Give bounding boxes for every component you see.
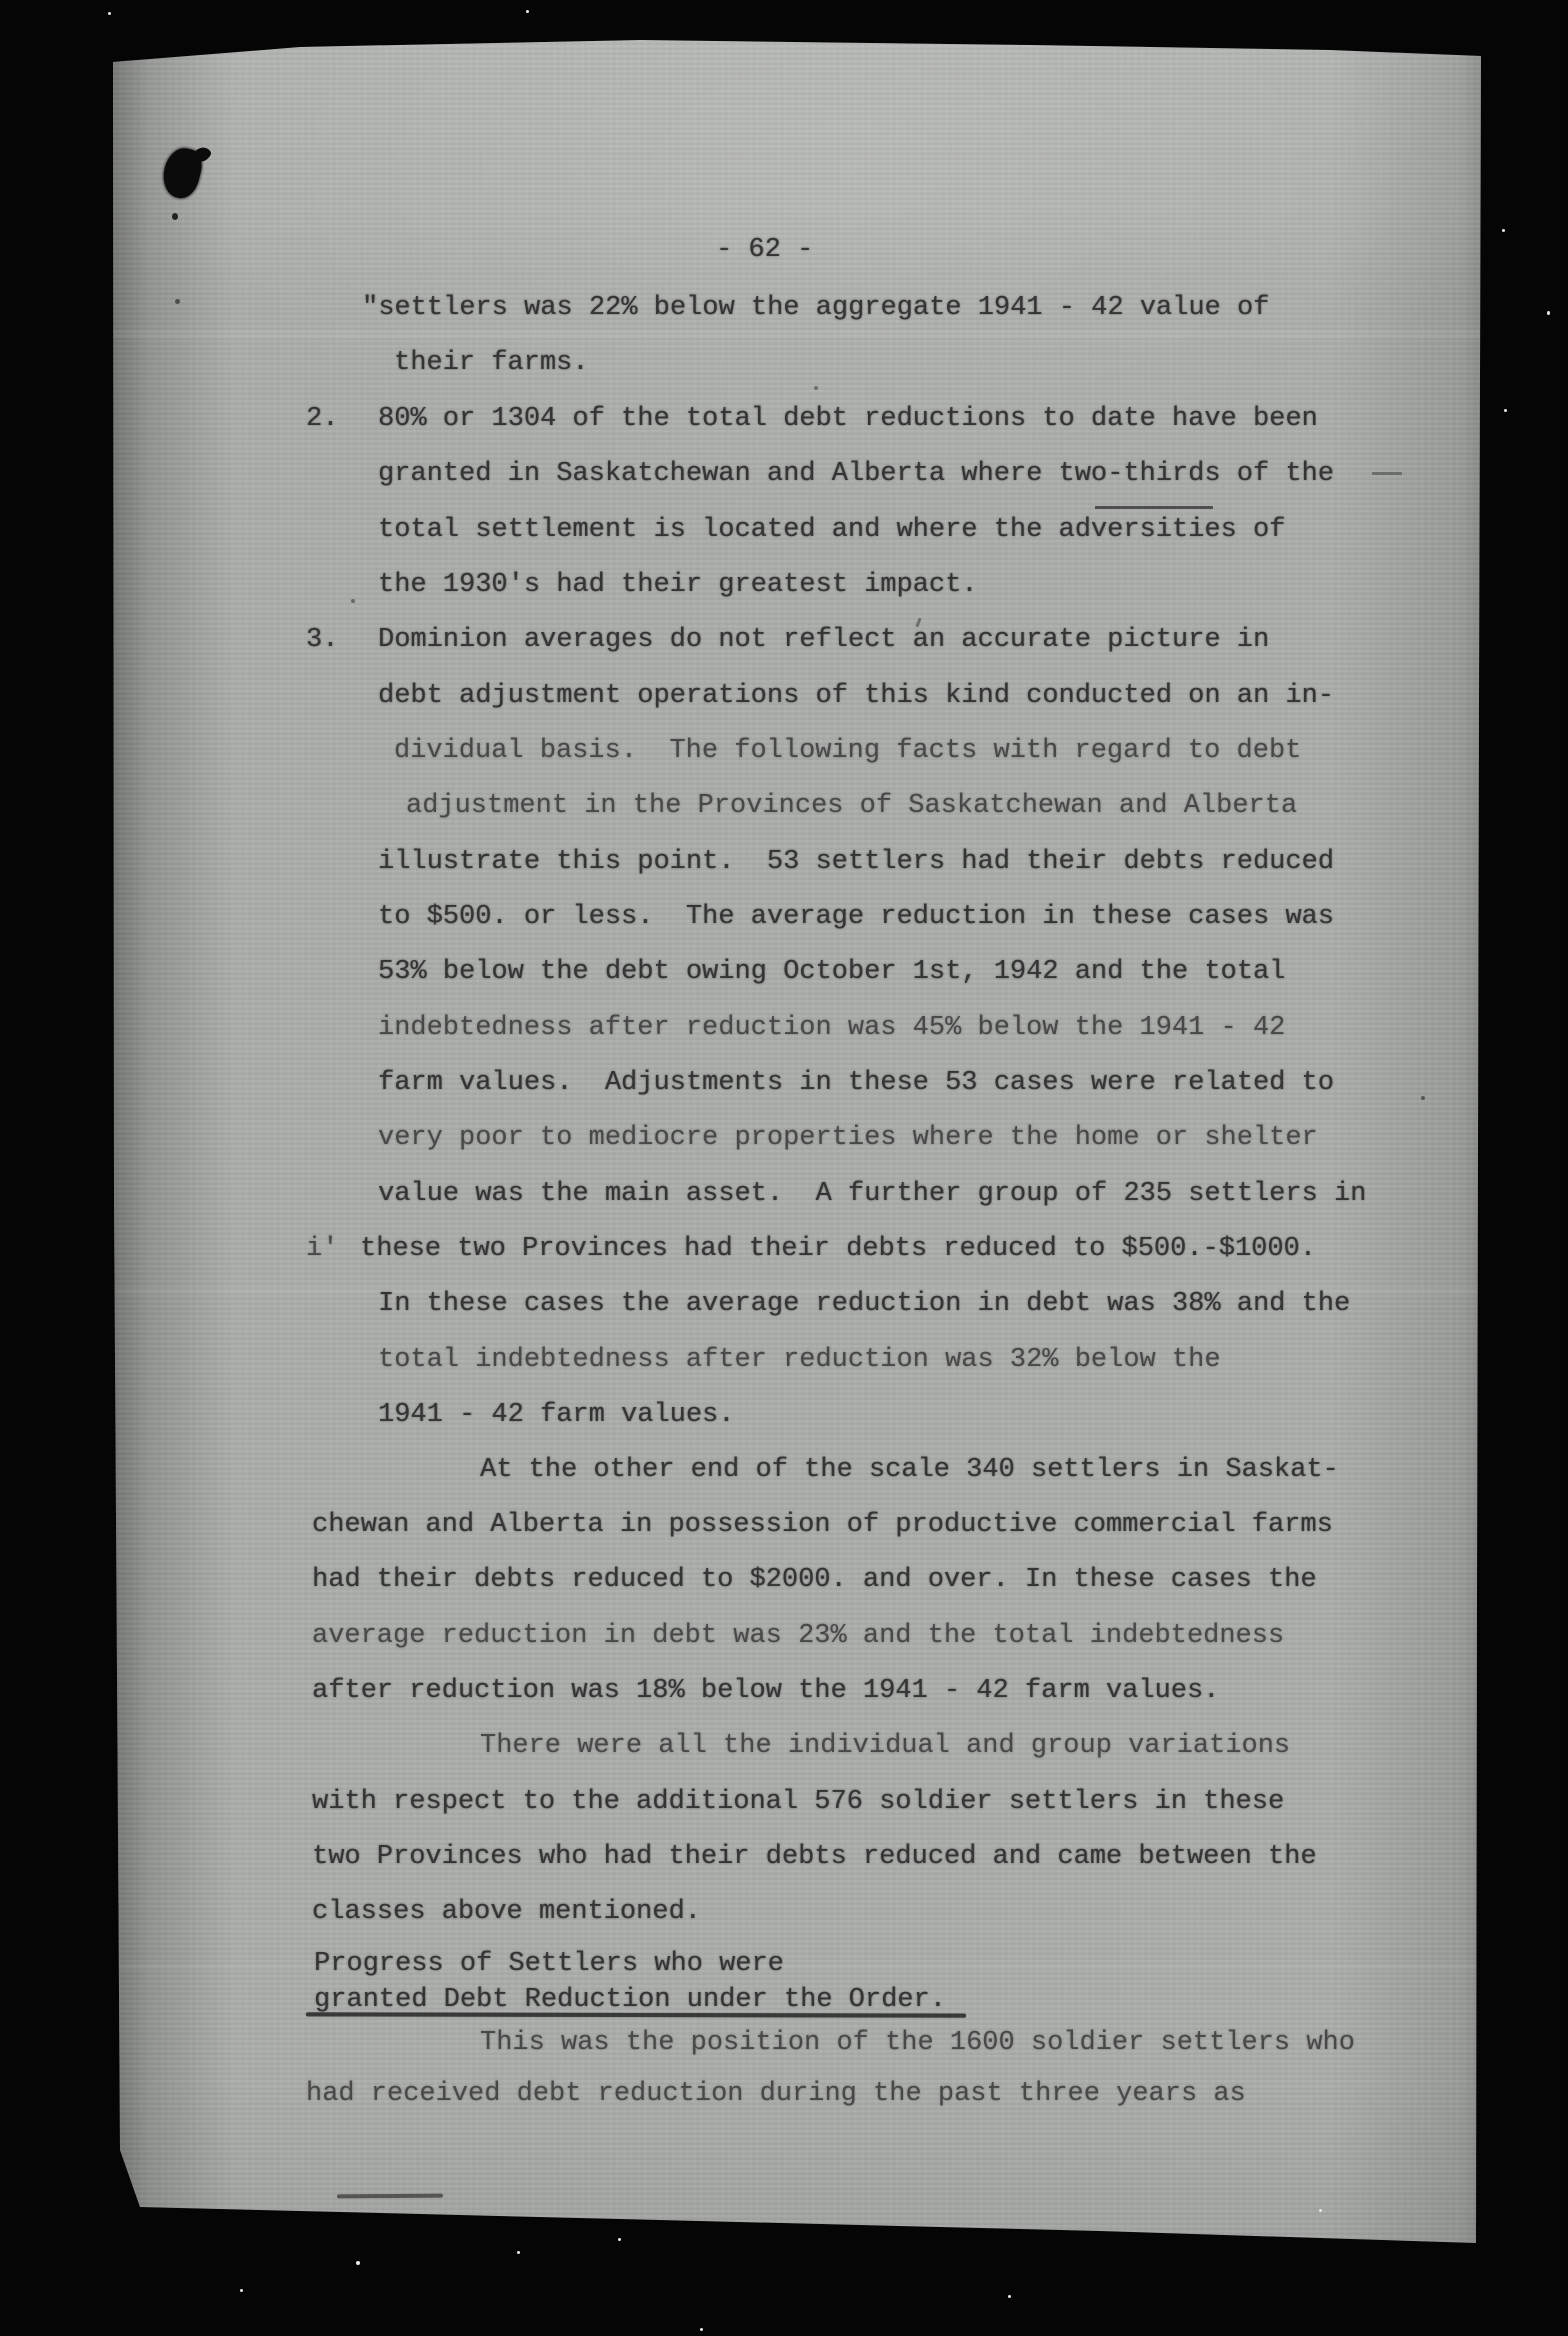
film-speck [1319,2209,1322,2212]
typed-line: with respect to the additional 576 soldi… [312,1789,1284,1816]
typed-line: indebtedness after reduction was 45% bel… [378,1015,1285,1042]
typed-line: classes above mentioned. [312,1899,701,1926]
paper-sheet: - 62 - "settlers was 22% below the aggre… [0,0,1568,2336]
typed-line: dividual basis. The following facts with… [394,738,1301,765]
typed-line: very poor to mediocre properties where t… [378,1125,1318,1152]
section-heading-line: granted Debt Reduction under the Order. [314,1987,946,2014]
heading-underline [306,2012,966,2017]
film-speck [356,2261,360,2265]
film-speck [1502,229,1505,232]
typed-line: adjustment in the Provinces of Saskatche… [406,793,1297,820]
overline-mark [1095,506,1213,509]
typed-line: At the other end of the scale 340 settle… [480,1457,1339,1484]
ink-dot [814,386,818,390]
typed-line: total settlement is located and where th… [378,517,1285,544]
film-speck [108,12,111,15]
pencil-dash [1372,472,1402,475]
typed-line: "settlers was 22% below the aggregate 19… [362,295,1269,322]
film-speck [1008,2295,1011,2298]
typed-line: illustrate this point. 53 settlers had t… [378,849,1334,876]
ink-blob [158,144,205,201]
typed-line: granted in Saskatchewan and Alberta wher… [378,461,1334,488]
page-number: - 62 - [716,237,813,264]
scanned-document-photo: - 62 - "settlers was 22% below the aggre… [0,0,1568,2336]
film-speck [1547,311,1550,315]
typed-line: In these cases the average reduction in … [378,1291,1350,1318]
typed-line: two Provinces who had their debts reduce… [312,1844,1317,1871]
typed-line: value was the main asset. A further grou… [378,1181,1366,1208]
typed-line: had received debt reduction during the p… [306,2081,1246,2108]
film-speck [1421,1096,1425,1100]
typed-line: total indebtedness after reduction was 3… [378,1347,1221,1374]
typed-line: these two Provinces had their debts redu… [360,1236,1316,1263]
typed-line: had their debts reduced to $2000. and ov… [312,1567,1317,1594]
typed-line: farm values. Adjustments in these 53 cas… [378,1070,1334,1097]
typed-line: 80% or 1304 of the total debt reductions… [378,406,1318,433]
typed-line: to $500. or less. The average reduction … [378,904,1334,931]
ink-dot [172,213,178,220]
list-item-number: 2. [306,406,338,433]
pencil-dash [337,2194,443,2199]
ink-dot [351,599,355,603]
typed-line: chewan and Alberta in possession of prod… [312,1512,1333,1539]
typed-line: 1941 - 42 farm values. [378,1402,734,1429]
typed-line: their farms. [394,350,588,377]
ink-dot [175,299,180,304]
typed-line: average reduction in debt was 23% and th… [312,1623,1284,1650]
film-speck [240,2289,243,2292]
typed-line: There were all the individual and group … [480,1733,1290,1760]
film-speck [618,2238,621,2241]
film-speck [1504,409,1507,412]
film-speck [700,2328,703,2331]
section-heading-line: Progress of Settlers who were [314,1951,784,1978]
film-speck [526,10,529,13]
typed-line: Dominion averages do not reflect an accu… [378,627,1269,654]
film-speck [517,2251,520,2254]
typed-line: This was the position of the 1600 soldie… [480,2030,1355,2057]
list-item-number: 3. [306,627,338,654]
typewritten-text: - 62 - "settlers was 22% below the aggre… [0,0,1568,2336]
typed-line: debt adjustment operations of this kind … [378,683,1334,710]
typed-line: after reduction was 18% below the 1941 -… [312,1678,1219,1705]
stray-typed-mark: i' [306,1236,338,1263]
typed-line: 53% below the debt owing October 1st, 19… [378,959,1285,986]
typed-line: the 1930's had their greatest impact. [378,572,978,599]
